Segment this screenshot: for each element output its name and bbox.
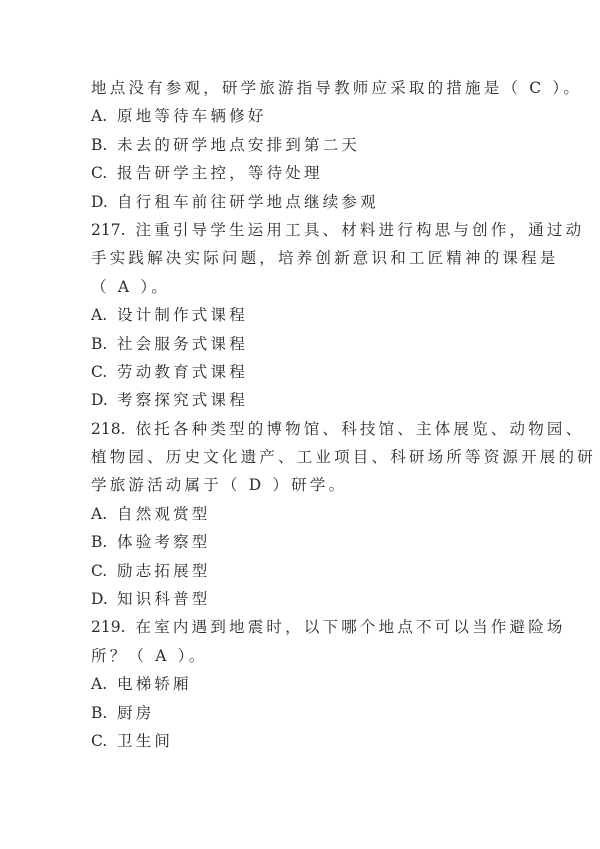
question-text-line: 217.注重引导学生运用工具、材料进行构思与创作，通过动 (91, 216, 509, 244)
option-text: 电梯轿厢 (117, 675, 192, 693)
option-label: B. (91, 330, 117, 358)
question-number: 219. (91, 618, 126, 636)
option-text: 未去的研学地点安排到第二天 (117, 136, 360, 154)
question-number: 218. (91, 420, 126, 438)
option-label: B. (91, 131, 117, 159)
option-text: 社会服务式课程 (117, 335, 248, 353)
option-label: C. (91, 159, 117, 187)
question-text: 注重引导学生运用工具、材料进行构思与创作，通过动 (136, 221, 585, 239)
option-a: A.自然观赏型 (91, 500, 509, 528)
option-b: B.厨房 (91, 699, 509, 727)
question-text-line: 219.在室内遇到地震时，以下哪个地点不可以当作避险场 (91, 613, 509, 641)
option-text: 卫生间 (117, 732, 173, 750)
option-label: A. (91, 102, 117, 130)
question-text-line: 地点没有参观，研学旅游指导教师应采取的措施是（ C ）。 (91, 74, 509, 102)
option-label: C. (91, 358, 117, 386)
option-text: 劳动教育式课程 (117, 363, 248, 381)
question-text-line: （ A ）。 (91, 273, 509, 301)
option-label: C. (91, 727, 117, 755)
option-text: 报告研学主控，等待处理 (117, 164, 323, 182)
question-216-continuation: 地点没有参观，研学旅游指导教师应采取的措施是（ C ）。 A.原地等待车辆修好 … (91, 74, 509, 216)
option-c: C.励志拓展型 (91, 557, 509, 585)
option-text: 厨房 (117, 704, 154, 722)
option-a: A.电梯轿厢 (91, 670, 509, 698)
question-218: 218.依托各种类型的博物馆、科技馆、主体展览、动物园、 植物园、历史文化遗产、… (91, 415, 509, 614)
option-b: B.社会服务式课程 (91, 330, 509, 358)
question-number: 217. (91, 221, 126, 239)
question-text-line: 所？（ A ）。 (91, 642, 509, 670)
option-label: A. (91, 301, 117, 329)
question-217: 217.注重引导学生运用工具、材料进行构思与创作，通过动 手实践解决实际问题，培… (91, 216, 509, 415)
option-text: 体验考察型 (117, 533, 211, 551)
option-d: D.知识科普型 (91, 585, 509, 613)
question-text-line: 218.依托各种类型的博物馆、科技馆、主体展览、动物园、 (91, 415, 509, 443)
option-text: 励志拓展型 (117, 562, 211, 580)
option-text: 原地等待车辆修好 (117, 107, 267, 125)
document-page: 地点没有参观，研学旅游指导教师应采取的措施是（ C ）。 A.原地等待车辆修好 … (91, 74, 509, 755)
question-text: 在室内遇到地震时，以下哪个地点不可以当作避险场 (136, 618, 566, 636)
option-a: A.原地等待车辆修好 (91, 102, 509, 130)
option-b: B.体验考察型 (91, 528, 509, 556)
option-label: B. (91, 528, 117, 556)
question-219: 219.在室内遇到地震时，以下哪个地点不可以当作避险场 所？（ A ）。 A.电… (91, 613, 509, 755)
option-label: A. (91, 500, 117, 528)
option-text: 自然观赏型 (117, 505, 211, 523)
question-text: 依托各种类型的博物馆、科技馆、主体展览、动物园、 (136, 420, 585, 438)
option-label: D. (91, 386, 117, 414)
option-text: 自行租车前往研学地点继续参观 (117, 193, 379, 211)
option-c: C.报告研学主控，等待处理 (91, 159, 509, 187)
option-c: C.劳动教育式课程 (91, 358, 509, 386)
option-label: B. (91, 699, 117, 727)
option-c: C.卫生间 (91, 727, 509, 755)
question-text-line: 学旅游活动属于（ D ）研学。 (91, 471, 509, 499)
question-text-line: 手实践解决实际问题，培养创新意识和工匠精神的课程是 (91, 244, 509, 272)
option-a: A.设计制作式课程 (91, 301, 509, 329)
option-text: 知识科普型 (117, 590, 211, 608)
option-d: D.自行租车前往研学地点继续参观 (91, 188, 509, 216)
option-d: D.考察探究式课程 (91, 386, 509, 414)
option-label: D. (91, 585, 117, 613)
option-label: A. (91, 670, 117, 698)
option-text: 考察探究式课程 (117, 391, 248, 409)
question-text-line: 植物园、历史文化遗产、工业项目、科研场所等资源开展的研 (91, 443, 509, 471)
option-label: C. (91, 557, 117, 585)
option-text: 设计制作式课程 (117, 306, 248, 324)
option-label: D. (91, 188, 117, 216)
option-b: B.未去的研学地点安排到第二天 (91, 131, 509, 159)
